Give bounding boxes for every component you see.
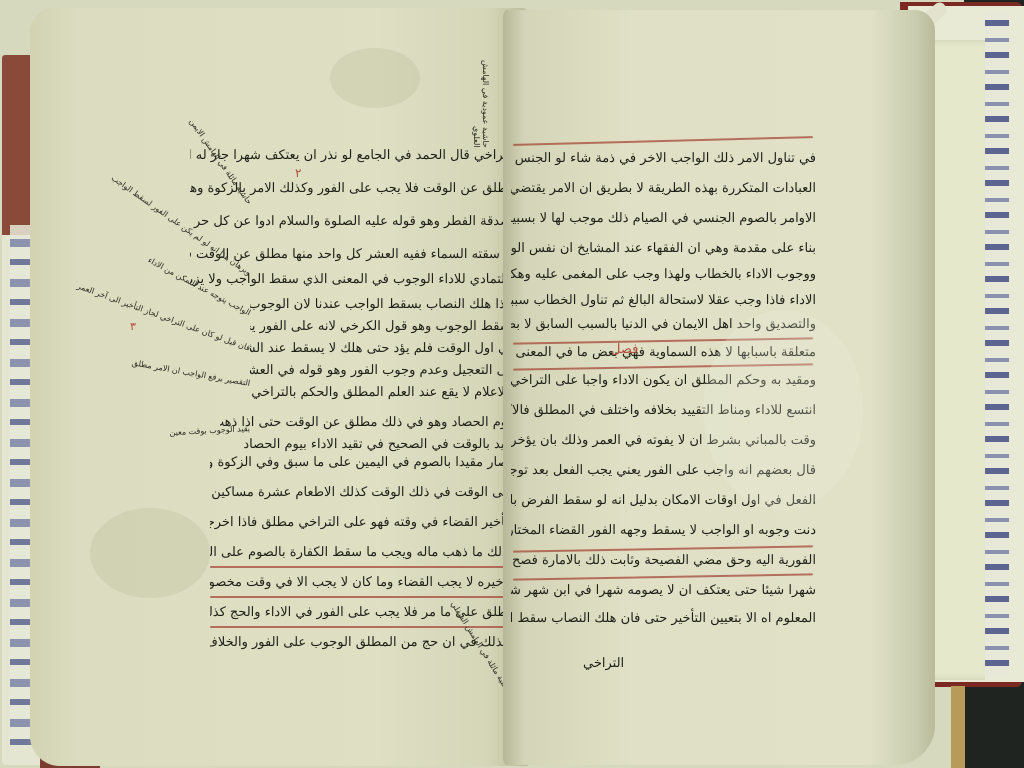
text-line: على الوقت في ذلك الوقت كذلك الاطعام عشرة… bbox=[210, 482, 515, 504]
text-line: دنت وجوبه او الواجب لا يسقط وجهه الفور ا… bbox=[511, 520, 816, 542]
red-annotation: ٣ bbox=[130, 320, 136, 333]
text-line: العبادات المتكررة بهذه الطريقة لا بطريق … bbox=[511, 178, 816, 200]
side-margin-note: التقصير يرفع الواجب ان الامر مطلق bbox=[72, 347, 251, 389]
red-rule bbox=[210, 596, 510, 598]
text-line: المعلوم اه الا بتعيين التأخير حتى فان هل… bbox=[511, 608, 816, 630]
text-line: شهرا شيئا حتى يعتكف ان لا يصومه شهرا في … bbox=[511, 580, 816, 602]
red-rule bbox=[513, 136, 813, 146]
text-line: في اول الوقت فلم يؤد حتى هلك لا يسقط عند… bbox=[250, 338, 515, 360]
text-line: فذلك ما ذهب ماله ويجب ما سقط الكفارة بال… bbox=[210, 542, 515, 564]
text-line: التراخي قال الحمد في الجامع لو نذر ان يع… bbox=[190, 145, 515, 167]
text-line: فاذا هلك النصاب بسقط الواجب عندنا لان ال… bbox=[250, 294, 515, 316]
text-line: الاوامر بالصوم الجنسي في الصيام ذلك موجب… bbox=[511, 208, 816, 230]
text-line: بتأخيره لا يجب القضاء وما كان لا يجب الا… bbox=[210, 572, 515, 594]
right-page: في تناول الامر ذلك الواجب الاخر في ذمة ش… bbox=[503, 10, 935, 765]
paper-highlight bbox=[703, 310, 863, 510]
text-line: بيوم الحصاد وهو في ذلك مطلق عن الوقت حتى… bbox=[220, 412, 515, 434]
text-line: فصار مقيدا بالصوم في اليمين على ما سبق و… bbox=[210, 452, 515, 474]
text-line: والاعلام لا يقع عند العلم المطلق والحكم … bbox=[250, 382, 515, 404]
text-line: في تناول الامر ذلك الواجب الاخر في ذمة ش… bbox=[511, 148, 816, 170]
top-margin-note: حاشية عمودية في الهامش العلوي bbox=[360, 38, 490, 148]
paper-stain bbox=[90, 508, 210, 598]
text-line: وتأخير القضاء في وقته فهو على التراخي مط… bbox=[210, 512, 515, 534]
front-cover-leather bbox=[2, 55, 32, 235]
red-rule bbox=[210, 566, 510, 568]
text-line: بناء على مقدمة وهي ان الفقهاء عند المشاي… bbox=[511, 238, 816, 260]
red-annotation: ٢ bbox=[295, 166, 301, 180]
text-line: بسقط الوجوب وهو قول الكرخي لانه على الفو… bbox=[250, 316, 515, 338]
manuscript-photo: حاشية عمودية في الهامش العلوي التراخي قا… bbox=[0, 0, 1024, 768]
text-line: بصدقة الفطر وهو قوله عليه الصلوة والسلام… bbox=[190, 211, 515, 233]
right-endpaper-pattern bbox=[985, 10, 1009, 676]
support-stick bbox=[951, 686, 965, 768]
text-line: ووجوب الاداء بالخطاب ولهذا وجب على المغم… bbox=[511, 264, 816, 286]
side-margin-note: فان قيل لو كان على التراخي لجاز التأخير … bbox=[79, 282, 252, 354]
left-page: حاشية عمودية في الهامش العلوي التراخي قا… bbox=[30, 8, 528, 766]
text-line: الى التعجيل وعدم وجوب الفور وهو قوله في … bbox=[250, 360, 515, 382]
text-line: الفورية اليه وحق مضي الفصيحة وثابت ذلك ب… bbox=[511, 550, 816, 572]
text-line: الاداء فاذا وجب عقلا لاستحالة البالغ ثم … bbox=[511, 290, 816, 312]
red-heading: فصل bbox=[611, 342, 638, 357]
catchword: التراخي bbox=[583, 656, 624, 671]
